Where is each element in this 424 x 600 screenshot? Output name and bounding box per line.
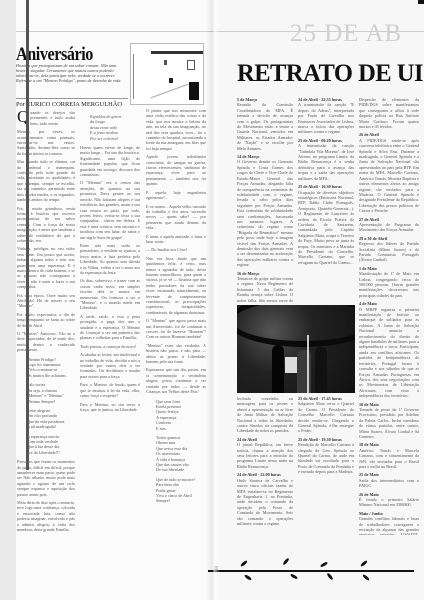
binding-edge <box>26 0 29 470</box>
header-date: 25 DE AB <box>290 20 402 48</box>
timeline-column-1-lower: Inclusão conteúdos ou mensagens para os … <box>237 396 293 529</box>
timeline-column-1: 5 de MarçoReunião da Comissão Coordenado… <box>237 97 293 302</box>
page-margin <box>16 535 208 600</box>
timeline-column-3: Dispersão de elementos da PIDE/DGS sobre… <box>359 97 419 535</box>
poem-stanza: Falo sortes Ou seja, a chamar "Menino" e… <box>27 382 75 404</box>
poem-stanza: Todos quantos Obrem mas Que aviva esse d… <box>156 435 206 473</box>
poem-stanza: Que seus forte Estela presente Quero fes… <box>156 399 206 431</box>
poem-stanza: Que de tudo se mostre! Para bem alto Pod… <box>156 477 206 504</box>
article-byline: Por EURICO CORREIA MERGULHÃO <box>16 98 128 108</box>
house-illustration <box>130 43 204 105</box>
left-column-2: Espaldos de gritos da longa dessa nova v… <box>80 110 140 415</box>
poem-stanza: A esperança nascia Com toda verdade Que … <box>27 434 75 456</box>
corner-mark <box>418 0 424 4</box>
timeline-column-2: 24 de Abril - 22.55 horasA transmissão d… <box>298 97 354 268</box>
article-intro: História que protagonizam de um sabor co… <box>16 63 126 83</box>
poem-stanza: Menino Pródigo! Logo foi chamamos Vê-lo … <box>27 357 75 379</box>
poem-stanza: Espaldos de gritos da longa dessa nova v… <box>90 114 140 141</box>
header-title: RETRATO DE UI <box>237 60 423 88</box>
poem-stanza: Entre alegrias Um riso profundo Que da v… <box>27 408 75 430</box>
crowd-photo <box>237 305 355 393</box>
left-column-3: O pintor que nos mimoseia com uma visão … <box>146 108 206 508</box>
page-spine <box>206 0 220 600</box>
timeline-column-2-lower: 25 de Abril - 17.45 horasSalgueiro Maia … <box>298 396 354 478</box>
